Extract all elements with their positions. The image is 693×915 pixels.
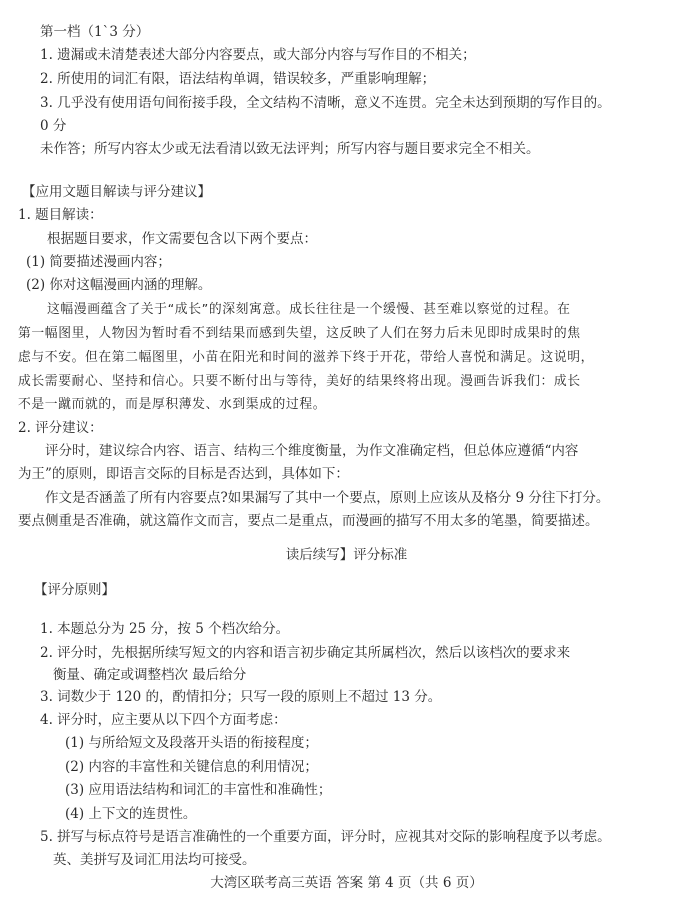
zero-text: 未作答；所写内容太少或无法看清以致无法评判；所写内容与题目要求完全不相关。 xyxy=(40,139,540,159)
tier1-heading: 第一档（1`3 分） xyxy=(40,22,149,42)
rule-item: 3. 词数少于 120 的，酌情扣分；只写一段的原则上不超过 13 分。 xyxy=(40,687,441,707)
part2-line: 为王”的原则，即语言交际的目标是否达到，具体如下： xyxy=(18,464,349,484)
point-item: (1) 简要描述漫画内容； xyxy=(26,252,171,272)
page-footer: 大湾区联考高三英语 答案 第 4 页（共 6 页） xyxy=(0,873,693,893)
sample-line: 成长需要耐心、坚持和信心。只要不断付出与等待，美好的结果终将出现。漫画告诉我们：… xyxy=(18,372,581,392)
continuation-title: 读后续写】评分标准 xyxy=(0,545,693,565)
rule-item: 5. 拼写与标点符号是语言准确性的一个重要方面，评分时，应视其对交际的影响程度予… xyxy=(40,827,611,847)
tier1-item: 1. 遗漏或未清楚表述大部分内容要点，或大部分内容与写作目的不相关； xyxy=(40,45,476,65)
sample-line: 虑与不安。但在第二幅图里，小苗在阳光和时间的滋养下终于开花，带给人喜悦和满足。这… xyxy=(18,348,594,368)
rule-item: 1. 本题总分为 25 分，按 5 个档次给分。 xyxy=(40,619,289,639)
rule-item: 2. 评分时，先根据所续写短文的内容和语言初步确定其所属档次，然后以该档次的要求… xyxy=(40,643,570,663)
rule-subitem: (4) 上下文的连贯性。 xyxy=(65,804,196,824)
part1-intro: 根据题目要求，作文需要包含以下两个要点： xyxy=(47,229,317,249)
rule-subitem: (1) 与所给短文及段落开头语的衔接程度； xyxy=(65,733,318,753)
sample-line: 不是一蹴而就的，而是厚积薄发、水到渠成的过程。 xyxy=(18,395,326,415)
part2-title: 2. 评分建议： xyxy=(18,418,103,438)
part2-line: 评分时，建议综合内容、语言、结构三个维度衡量，为作文准确定档，但总体应遵循“内容 xyxy=(45,441,578,461)
sample-line: 第一幅图里，人物因为暂时看不到结果而感到失望，这反映了人们在努力后未见即时成果时… xyxy=(18,324,581,344)
tier1-item: 2. 所使用的词汇有限，语法结构单调，错误较多，严重影响理解； xyxy=(40,69,435,89)
rule-item: 4. 评分时，应主要从以下四个方面考虑： xyxy=(40,710,287,730)
rule-item: 衡量、确定或调整档次 最后给分 xyxy=(53,665,246,685)
principles-heading: 【评分原则】 xyxy=(34,580,115,600)
rule-subitem: (3) 应用语法结构和词汇的丰富性和准确性； xyxy=(65,780,331,800)
applied-heading: 【应用文题目解读与评分建议】 xyxy=(22,182,211,202)
point-item: (2) 你对这幅漫画内涵的理解。 xyxy=(26,275,211,295)
zero-heading: 0 分 xyxy=(40,116,66,136)
part1-title: 1. 题目解读： xyxy=(18,205,103,225)
rule-item: 英、美拼写及词汇用法均可接受。 xyxy=(53,850,256,870)
tier1-item: 3. 几乎没有使用语句间衔接手段，全文结构不清晰，意义不连贯。完全未达到预期的写… xyxy=(40,93,611,113)
part2-line: 要点侧重是否准确，就这篇作文而言，要点二是重点，而漫画的描写不用太多的笔墨，简要… xyxy=(18,511,599,531)
sample-line: 这幅漫画蕴含了关于“成长”的深刻寓意。成长往往是一个缓慢、甚至难以察觉的过程。在 xyxy=(47,300,571,320)
part2-line: 作文是否涵盖了所有内容要点?如果漏写了其中一个要点，原则上应该从及格分 9 分往… xyxy=(45,488,609,508)
rule-subitem: (2) 内容的丰富性和关键信息的利用情况； xyxy=(65,757,318,777)
